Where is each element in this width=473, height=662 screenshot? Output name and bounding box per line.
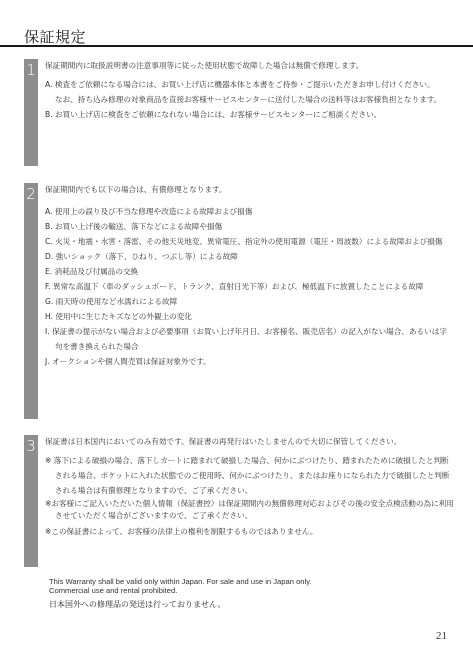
- list-item: F. 異常な高温下（車のダッシュボード、トランク、直射日光下等）および、極低温下…: [45, 279, 454, 294]
- section-3: 3 保証書は日本国内においてのみ有効です。保証書の再発行はいたしませんので大切に…: [24, 435, 454, 567]
- section-lead: 保証期間内に取扱説明書の注意事項等に従った使用状態で故障した場合は無償で修理しま…: [45, 59, 454, 73]
- list-item: A. 使用上の誤り及び不当な修理や改造による故障および損傷: [45, 204, 454, 219]
- note-item: ※この保証書によって、お客様の法律上の権利を制限するものではありません。: [45, 524, 454, 539]
- overseas-shipping-notice: 日本国外への修理品の発送は行っておりません。: [49, 599, 225, 610]
- page-number: 21: [436, 630, 447, 642]
- section-number: 3: [24, 436, 38, 456]
- english-disclaimer: This Warranty shall be valid only within…: [49, 577, 312, 595]
- list-item: A. 検査をご依頼になる場合には、お買い上げ店に機器本体と本書をご持参・ご提示い…: [45, 77, 454, 92]
- note-item: ※お客様にご記入いただいた個人情報（保証書控）は保証期間内の無償修理対応およびそ…: [45, 498, 454, 522]
- title-underline: [0, 45, 473, 47]
- list-item: D. 強いショック（落下、ひねり、つぶし等）による故障: [45, 249, 454, 264]
- section-lead: 保証期間内でも以下の場合は、有償修理となります。: [45, 183, 454, 197]
- section-lead: 保証書は日本国内においてのみ有効です。保証書の再発行はいたしませんので大切に保管…: [45, 435, 454, 448]
- page-title: 保証規定: [24, 26, 86, 47]
- english-disclaimer-line-1: This Warranty shall be valid only within…: [49, 577, 312, 586]
- list-item-continuation: なお、持ち込み修理の対象商品を直接お客様サービスセンターに送付した場合の送料等は…: [45, 92, 454, 107]
- list-item: B. お買い上げ店に検査をご依頼になれない場合には、お客様サービスセンターにご相…: [45, 107, 454, 122]
- list-item: C. 火災・地震・水害・落雷、その他天災地変、異常電圧、指定外の使用電源（電圧・…: [45, 234, 454, 249]
- section-content: 保証期間内に取扱説明書の注意事項等に従った使用状態で故障した場合は無償で修理しま…: [45, 59, 454, 122]
- section-2: 2 保証期間内でも以下の場合は、有償修理となります。 A. 使用上の誤り及び不当…: [24, 183, 454, 419]
- section-1: 1 保証期間内に取扱説明書の注意事項等に従った使用状態で故障した場合は無償で修理…: [24, 59, 454, 166]
- list-item: B. お買い上げ後の輸送、落下などによる故障や損傷: [45, 219, 454, 234]
- section-number-bar: [24, 183, 38, 419]
- list-item: J. オークションや個人間売買は保証対象外です。: [45, 354, 454, 369]
- section-number: 2: [24, 184, 38, 204]
- list-item: E. 消耗品及び付属品の交換: [45, 264, 454, 279]
- note-item: ※ 落下による破損の場合、落下しカートに踏まれて破損した場合、何かにぶつけたり、…: [45, 453, 454, 498]
- section-content: 保証期間内でも以下の場合は、有償修理となります。 A. 使用上の誤り及び不当な修…: [45, 183, 454, 369]
- list-item: G. 雨天時の使用など水濡れによる故障: [45, 294, 454, 309]
- section-number: 1: [24, 60, 38, 80]
- list-item: I. 保証書の提示がない場合および必要事項（お買い上げ年月日、お客様名、販売店名…: [45, 324, 454, 354]
- english-disclaimer-line-2: Commercial use and rental prohibited.: [49, 586, 312, 595]
- section-content: 保証書は日本国内においてのみ有効です。保証書の再発行はいたしませんので大切に保管…: [45, 435, 454, 539]
- list-item: H. 使用中に生じたキズなどの外観上の変化: [45, 309, 454, 324]
